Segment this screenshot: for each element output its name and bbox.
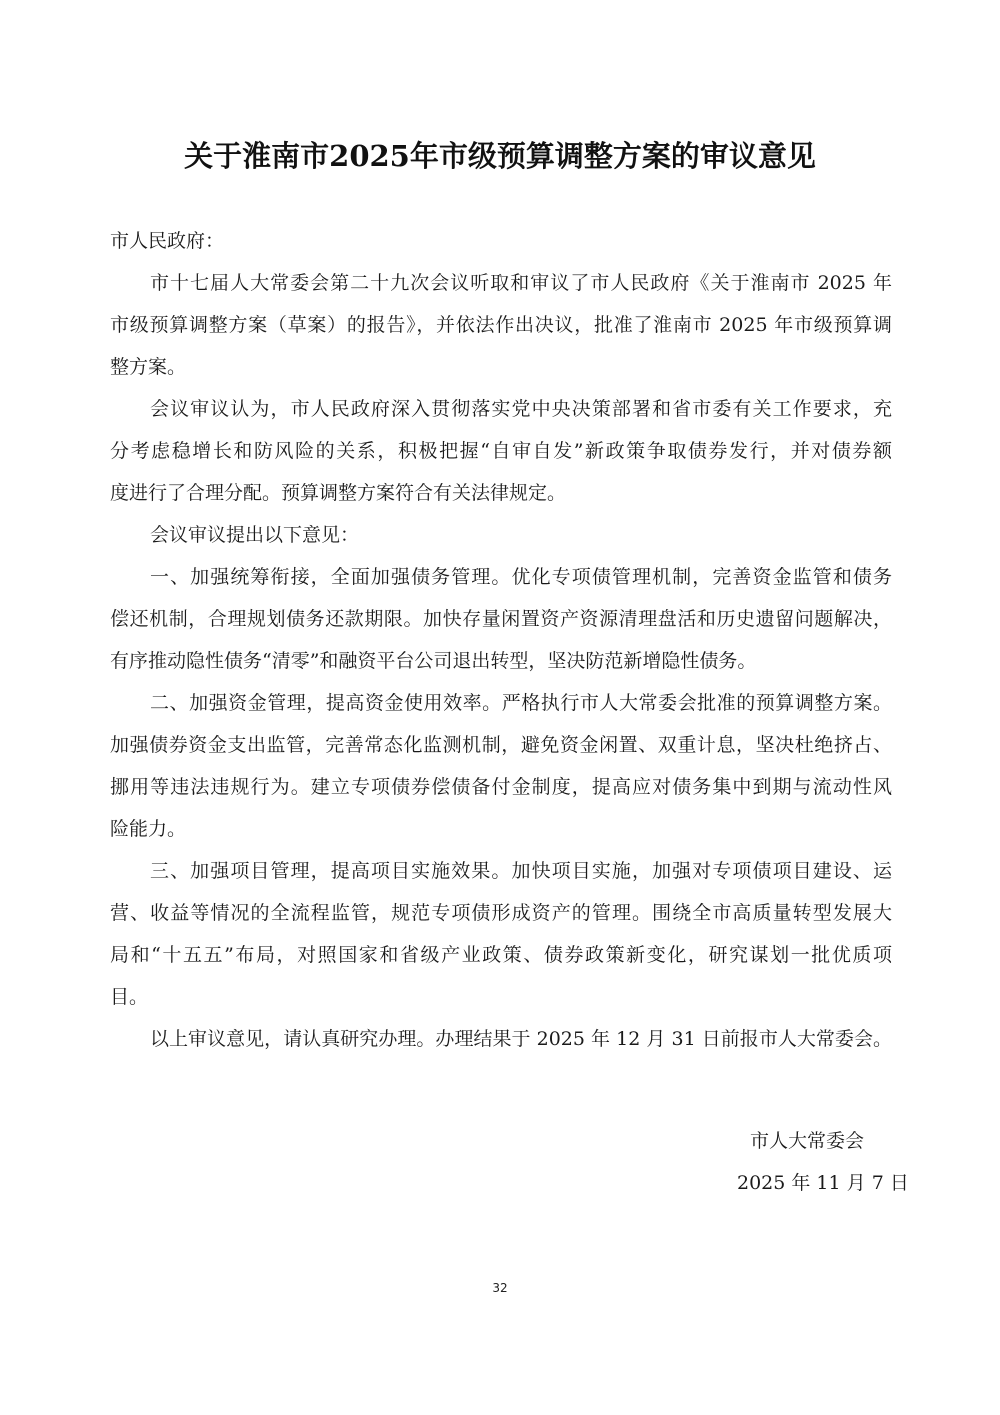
paragraph-line: 加强债券资金支出监管，完善常态化监测机制，避免资金闲置、双重计息，坚决杜绝挤占、 [110,732,892,758]
paragraph-line: 度进行了合理分配。预算调整方案符合有关法律规定。 [110,480,892,506]
paragraph-line: 挪用等违法违规行为。建立专项债券偿债备付金制度，提高应对债务集中到期与流动性风 [110,774,892,800]
paragraph-line: 分考虑稳增长和防风险的关系，积极把握“自审自发”新政策争取债券发行，并对债券额 [110,438,892,464]
paragraph-line: 市十七届人大常委会第二十九次会议听取和审议了市人民政府《关于淮南市 2025 年 [150,270,892,296]
paragraph-line: 险能力。 [110,816,892,842]
signature-date: 2025 年 11 月 7 日 [737,1168,909,1195]
paragraph-line: 偿还机制，合理规划债务还款期限。加快存量闲置资产资源清理盘活和历史遗留问题解决， [110,606,892,632]
paragraph-line: 有序推动隐性债务“清零”和融资平台公司退出转型，坚决防范新增隐性债务。 [110,648,892,674]
paragraph-line: 以上审议意见，请认真研究办理。办理结果于 2025 年 12 月 31 日前报市… [150,1026,892,1052]
paragraph-line: 市级预算调整方案（草案）的报告》，并依法作出决议，批准了淮南市 2025 年市级… [110,312,892,338]
signature-organization: 市人大常委会 [750,1126,864,1153]
paragraph-line: 会议审议认为，市人民政府深入贯彻落实党中央决策部署和省市委有关工作要求，充 [150,396,892,422]
paragraph-line: 目。 [110,984,892,1010]
page-number: 32 [0,1281,1000,1295]
paragraph-line: 整方案。 [110,354,892,380]
paragraph-line: 三、加强项目管理，提高项目实施效果。加快项目实施，加强对专项债项目建设、运 [150,858,892,884]
document-title: 关于淮南市2025年市级预算调整方案的审议意见 [0,134,1000,175]
paragraph-line: 营、收益等情况的全流程监管，规范专项债形成资产的管理。围绕全市高质量转型发展大 [110,900,892,926]
paragraph-line: 局和“十五五”布局，对照国家和省级产业政策、债券政策新变化，研究谋划一批优质项 [110,942,892,968]
paragraph-line: 二、加强资金管理，提高资金使用效率。严格执行市人大常委会批准的预算调整方案。 [150,690,892,716]
paragraph-line: 会议审议提出以下意见： [150,522,892,548]
paragraph-line: 一、加强统筹衔接，全面加强债务管理。优化专项债管理机制，完善资金监管和债务 [150,564,892,590]
salutation: 市人民政府： [110,228,892,254]
